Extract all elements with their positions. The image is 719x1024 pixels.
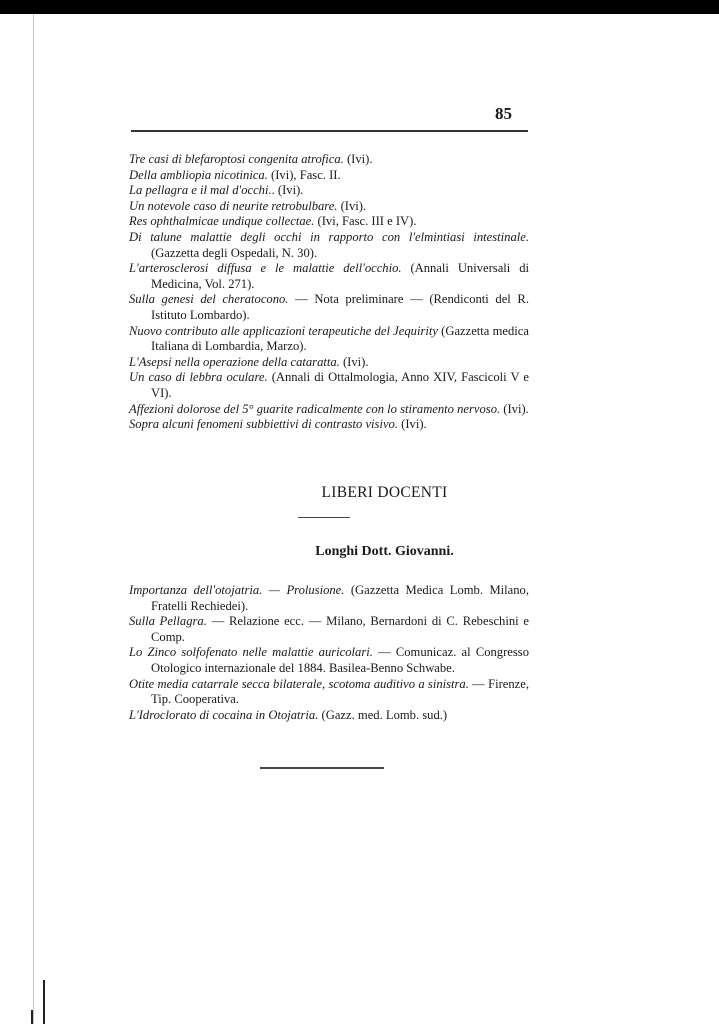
scan-left-mark [43,980,45,1024]
bibliography-entry: Nuovo contributo alle applicazioni terap… [129,324,529,355]
scan-left-edge [33,14,34,1024]
entry-title: Tre casi di blefaroptosi congenita atrof… [129,152,344,166]
entry-title: Lo Zinco solfofenato nelle malattie auri… [129,645,373,659]
bibliography-entry: Sulla genesi del cheratocono. — Nota pre… [129,292,529,323]
author-bibliography-list: Importanza dell'otojatria. — Prolusione.… [129,583,529,723]
entry-title: Sulla Pellagra. [129,614,207,628]
entry-title: Otite media catarrale secca bilaterale, … [129,677,469,691]
page-number: 85 [495,104,512,124]
bibliography-entry: Della ambliopia nicotinica. (Ivi), Fasc.… [129,168,529,184]
entry-title: Res ophthalmicae undique collectae. [129,214,314,228]
header-rule [131,130,528,132]
bibliography-entry: La pellagra e il mal d'occhi.. (Ivi). [129,183,529,199]
bibliography-entry: Di talune malattie degli occhi in rappor… [129,230,529,261]
bibliography-entry: Un notevole caso di neurite retrobulbare… [129,199,529,215]
bibliography-entry: Un caso di lebbra oculare. (Annali di Ot… [129,370,529,401]
entry-source: (Ivi). [398,417,427,431]
entry-source: . (Ivi). [272,183,304,197]
bibliography-entry: L'arterosclerosi diffusa e le malattie d… [129,261,529,292]
entry-source: (Ivi). [337,199,366,213]
author-name: Longhi Dott. Giovanni. [315,544,453,560]
bibliography-entry: Res ophthalmicae undique collectae. (Ivi… [129,214,529,230]
entry-title: Un notevole caso di neurite retrobulbare… [129,199,337,213]
bibliography-list: Tre casi di blefaroptosi congenita atrof… [129,152,529,433]
entry-title: Un caso di lebbra oculare. [129,370,268,384]
entry-source: (Ivi), Fasc. II. [268,168,341,182]
entry-source: (Gazz. med. Lomb. sud.) [318,708,447,722]
entry-title: Affezioni dolorose del 5° guarite radica… [129,402,500,416]
bibliography-entry: L'Idroclorato di cocaina in Otojatria. (… [129,708,529,724]
author-heading: Longhi Dott. Giovanni. [0,544,719,560]
entry-title: Importanza dell'otojatria. — Prolusione. [129,583,344,597]
bibliography-entry: Sulla Pellagra. — Relazione ecc. — Milan… [129,614,529,645]
entry-title: Di talune malattie degli occhi in rappor… [129,230,529,244]
entry-source: (Ivi). [340,355,369,369]
entry-source: (Gazzetta degli Ospedali, N. 30). [151,246,317,260]
entry-source: (Ivi). [344,152,373,166]
entry-title: Della ambliopia nicotinica. [129,168,268,182]
bibliography-entry: Lo Zinco solfofenato nelle malattie auri… [129,645,529,676]
entry-title: Nuovo contributo alle applicazioni terap… [129,324,438,338]
end-rule [260,767,384,769]
bibliography-entry: Importanza dell'otojatria. — Prolusione.… [129,583,529,614]
bibliography-entry: Sopra alcuni fenomeni subbiettivi di con… [129,417,529,433]
entry-source: — Relazione ecc. — Milano, Bernardoni di… [151,614,529,644]
entry-title: La pellagra e il mal d'occhi. [129,183,272,197]
bibliography-entry: Otite media catarrale secca bilaterale, … [129,677,529,708]
entry-source: (Ivi, Fasc. III e IV). [314,214,416,228]
section-heading: LIBERI DOCENTI [0,484,719,502]
bibliography-entry: Tre casi di blefaroptosi congenita atrof… [129,152,529,168]
scan-left-mark [31,1010,33,1024]
entry-title: L'Asepsi nella operazione della cataratt… [129,355,340,369]
bibliography-entry: L'Asepsi nella operazione della cataratt… [129,355,529,371]
section-divider [298,517,350,518]
entry-title: Sulla genesi del cheratocono. [129,292,288,306]
entry-title: Sopra alcuni fenomeni subbiettivi di con… [129,417,398,431]
entry-title: L'Idroclorato di cocaina in Otojatria. [129,708,318,722]
scan-top-border [0,0,719,14]
section-heading-text: LIBERI DOCENTI [321,484,447,502]
bibliography-entry: Affezioni dolorose del 5° guarite radica… [129,402,529,418]
entry-source: (Ivi). [500,402,529,416]
entry-title: L'arterosclerosi diffusa e le malattie d… [129,261,402,275]
